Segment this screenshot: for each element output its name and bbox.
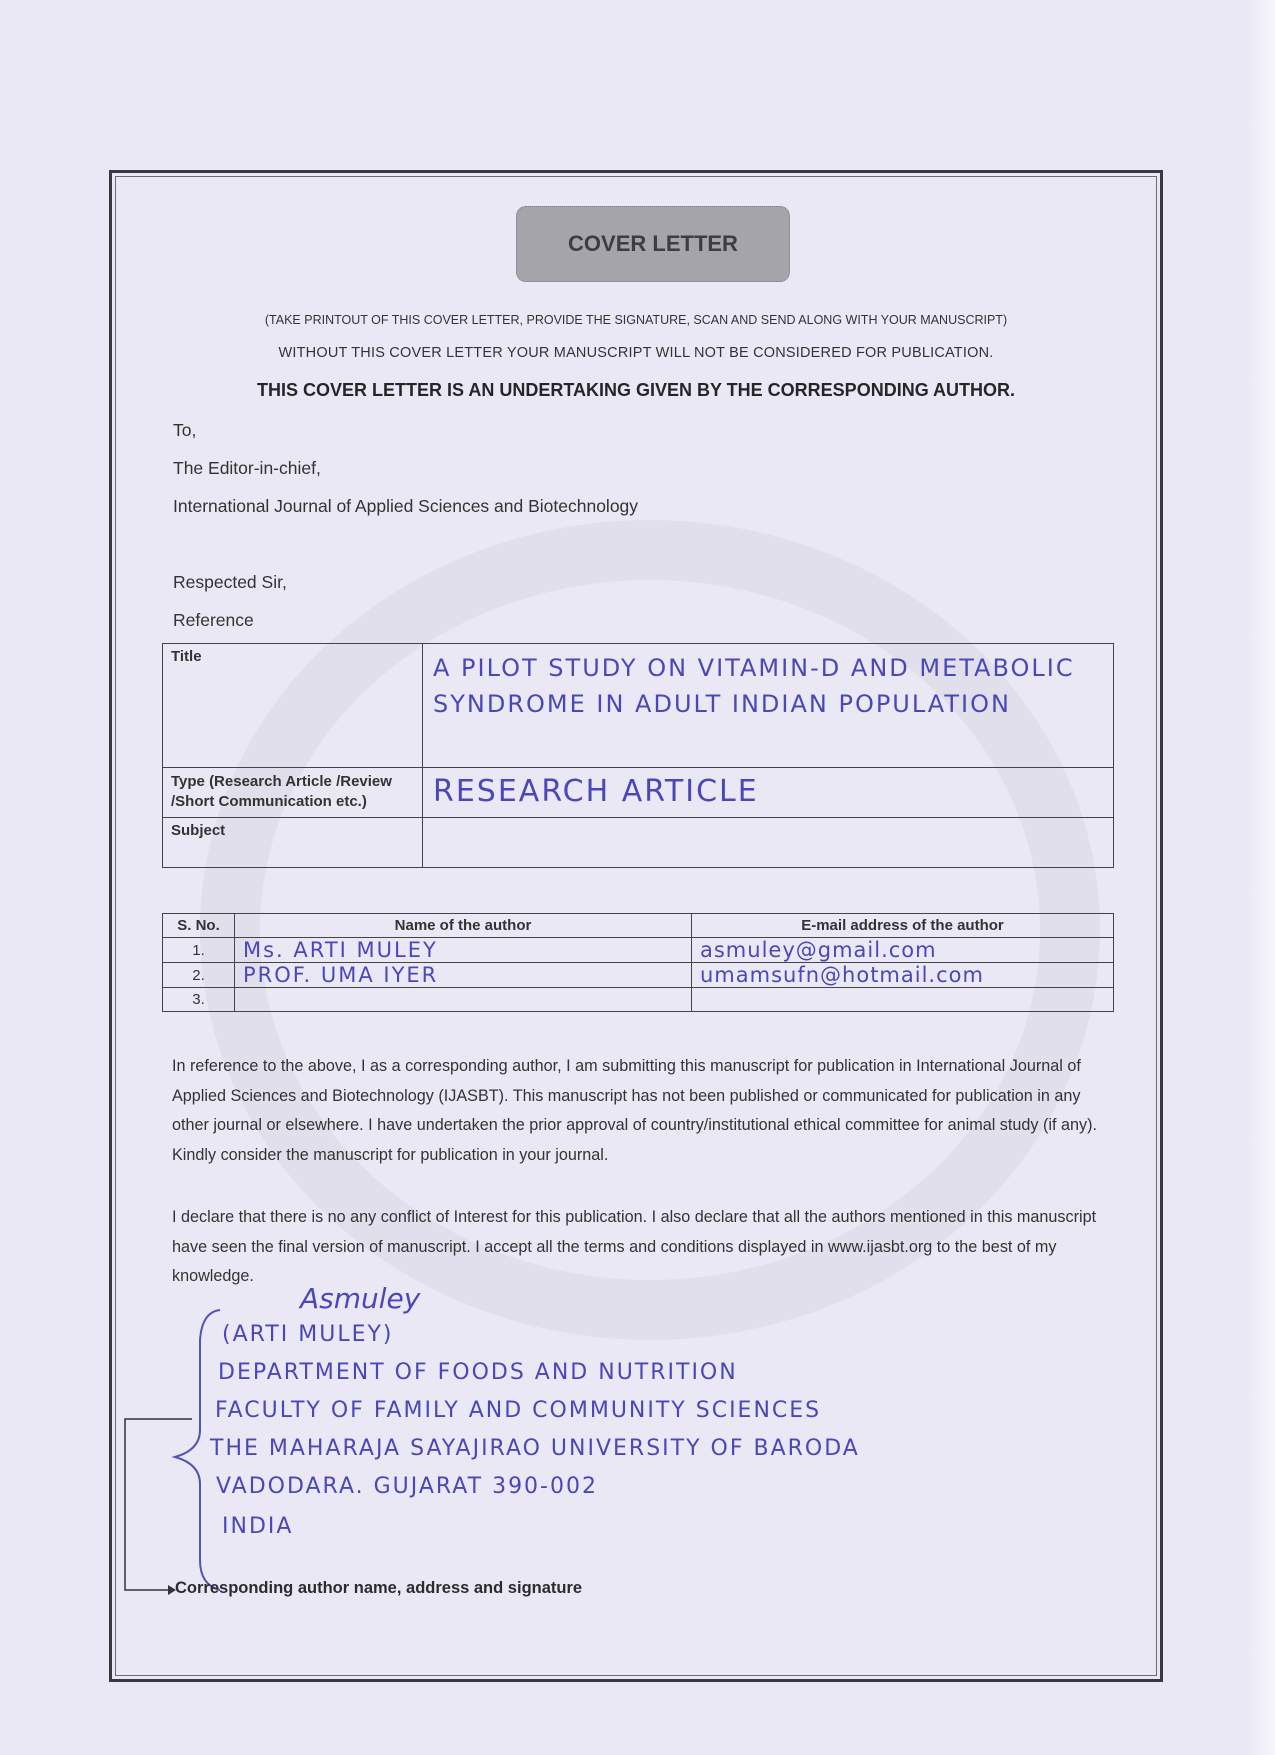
title-value-line2: SYNDROME IN ADULT INDIAN POPULATION	[433, 686, 1103, 722]
address-line-3: THE MAHARAJA SAYAJIRAO UNIVERSITY OF BAR…	[210, 1436, 860, 1461]
author-name-field[interactable]: Ms. ARTI MULEY	[235, 938, 692, 963]
address-line-5: INDIA	[222, 1514, 293, 1539]
address-line-4: VADODARA. GUJARAT 390-002	[216, 1474, 598, 1499]
table-row: 3.	[163, 988, 1114, 1012]
authors-table: S. No. Name of the author E-mail address…	[162, 913, 1114, 1012]
author-email-field[interactable]	[692, 988, 1114, 1012]
author-email-field[interactable]: umamsufn@hotmail.com	[692, 963, 1114, 988]
reference-label: Reference	[173, 610, 254, 631]
title-value-line1: A PILOT STUDY ON VITAMIN-D AND METABOLIC	[433, 650, 1103, 686]
author-name-field[interactable]	[235, 988, 692, 1012]
address-recipient: The Editor-in-chief,	[173, 458, 321, 479]
row-number: 1.	[163, 938, 235, 963]
row-number: 3.	[163, 988, 235, 1012]
table-row: 2. PROF. UMA IYER umamsufn@hotmail.com	[163, 963, 1114, 988]
address-to: To,	[173, 420, 196, 441]
authors-header-row: S. No. Name of the author E-mail address…	[163, 914, 1114, 938]
subject-row: Subject	[163, 818, 1114, 868]
title-row: Title A PILOT STUDY ON VITAMIN-D AND MET…	[163, 644, 1114, 768]
subject-label: Subject	[163, 818, 423, 868]
type-field[interactable]: RESEARCH ARTICLE	[423, 768, 1114, 818]
title-field[interactable]: A PILOT STUDY ON VITAMIN-D AND METABOLIC…	[423, 644, 1114, 768]
author-email-field[interactable]: asmuley@gmail.com	[692, 938, 1114, 963]
corresponding-author-label: Corresponding author name, address and s…	[175, 1579, 582, 1598]
brace-arrow-icon	[120, 1300, 230, 1600]
row-number: 2.	[163, 963, 235, 988]
address-line-1: DEPARTMENT OF FOODS AND NUTRITION	[218, 1360, 738, 1385]
undertaking-heading: THIS COVER LETTER IS AN UNDERTAKING GIVE…	[115, 380, 1157, 401]
col-email: E-mail address of the author	[692, 914, 1114, 938]
signature-scrawl[interactable]: Asmuley	[300, 1282, 420, 1315]
declaration-paragraph: I declare that there is no any conflict …	[172, 1203, 1102, 1292]
salutation: Respected Sir,	[173, 572, 287, 593]
address-line-2: FACULTY OF FAMILY AND COMMUNITY SCIENCES	[215, 1398, 821, 1423]
address-journal: International Journal of Applied Science…	[173, 496, 638, 517]
scan-edge	[1245, 0, 1275, 1755]
submission-paragraph: In reference to the above, I as a corres…	[172, 1052, 1102, 1170]
cover-letter-title: COVER LETTER	[516, 206, 790, 282]
author-name-field[interactable]: PROF. UMA IYER	[235, 963, 692, 988]
title-label: Title	[163, 644, 423, 768]
warning-text: WITHOUT THIS COVER LETTER YOUR MANUSCRIP…	[115, 345, 1157, 361]
signature-name: (ARTI MULEY)	[222, 1322, 394, 1347]
reference-table: Title A PILOT STUDY ON VITAMIN-D AND MET…	[162, 643, 1114, 868]
subject-field[interactable]	[423, 818, 1114, 868]
type-row: Type (Research Article /Review /Short Co…	[163, 768, 1114, 818]
instruction-text: (TAKE PRINTOUT OF THIS COVER LETTER, PRO…	[115, 313, 1157, 327]
type-label: Type (Research Article /Review /Short Co…	[163, 768, 423, 818]
col-name: Name of the author	[235, 914, 692, 938]
col-sno: S. No.	[163, 914, 235, 938]
type-value: RESEARCH ARTICLE	[433, 774, 1103, 810]
table-row: 1. Ms. ARTI MULEY asmuley@gmail.com	[163, 938, 1114, 963]
